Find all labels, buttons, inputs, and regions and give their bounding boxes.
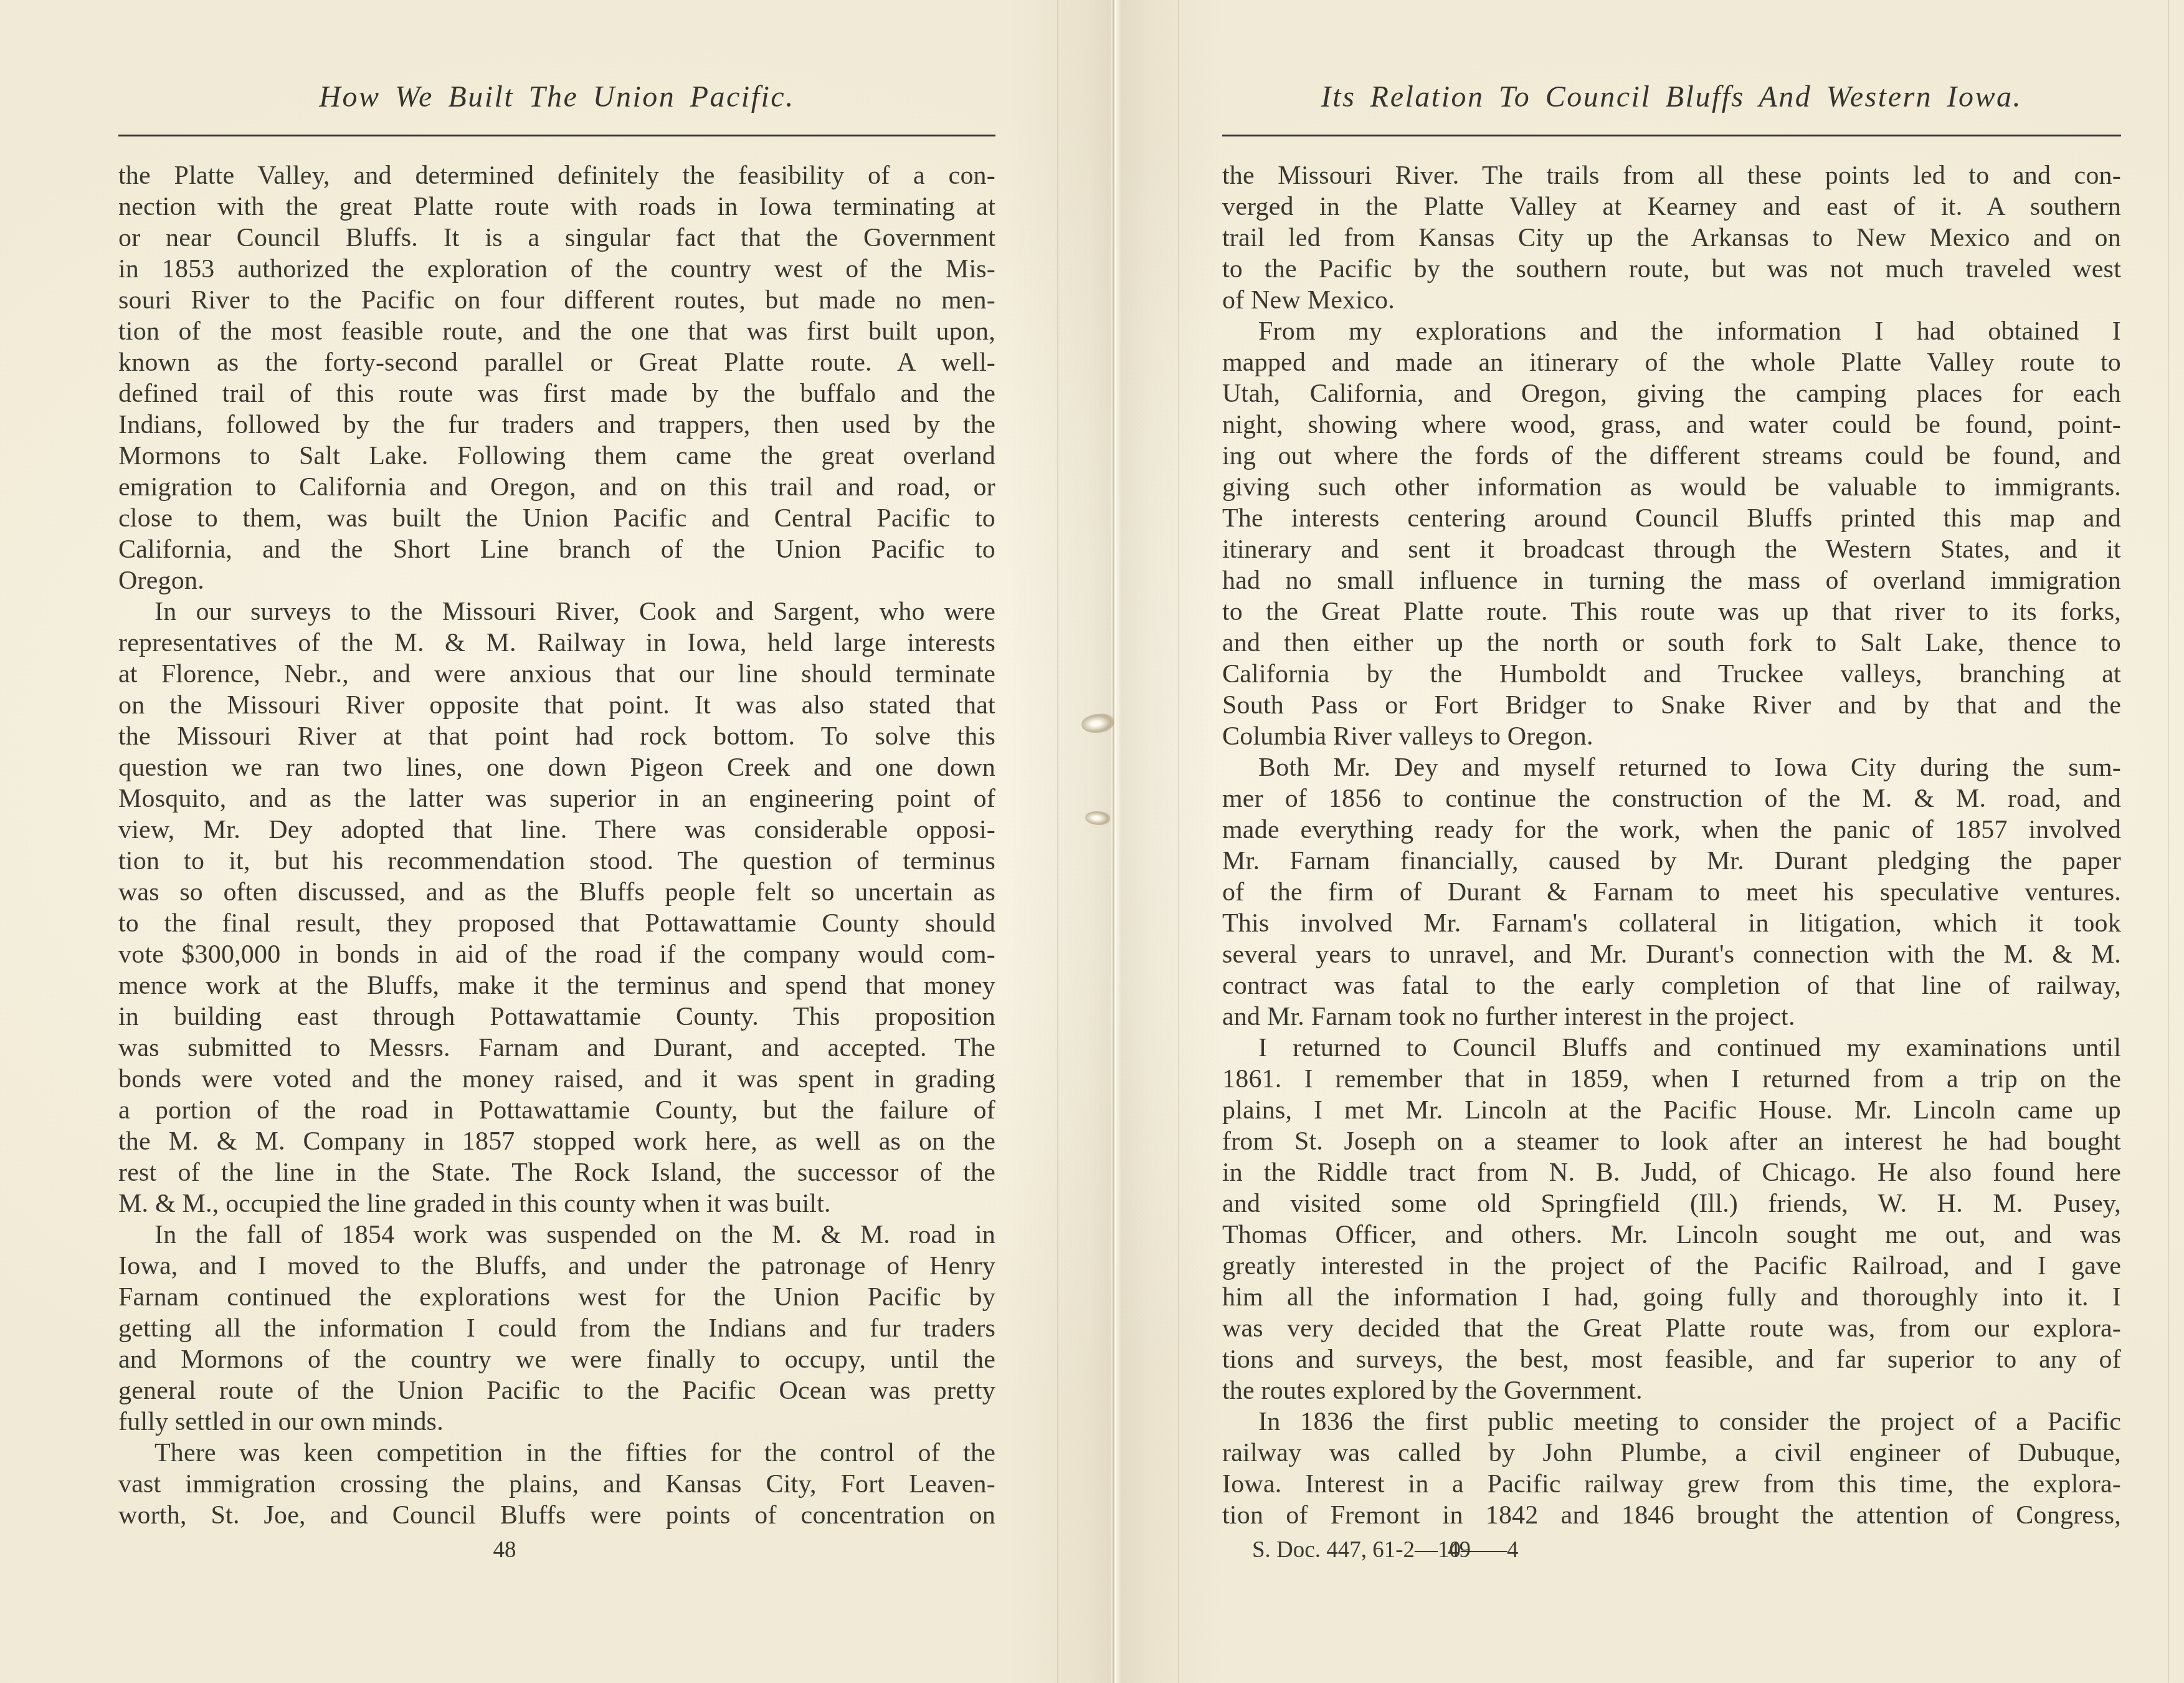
text-line: general route of the Union Pacific to th… [118,1375,995,1406]
text-line: known as the forty-second parallel or Gr… [118,347,995,378]
text-line: nection with the great Platte route with… [118,191,995,222]
text-line: emigration to California and Oregon, and… [118,472,995,503]
page-body: the Platte Valley, and determined defini… [118,160,995,1531]
text-line: Mr. Farnam financially, caused by Mr. Du… [1222,846,2121,877]
text-line: night, showing where wood, grass, and wa… [1222,409,2121,441]
paragraph: From my explorations and the information… [1222,316,2121,752]
text-line: or near Council Bluffs. It is a singular… [118,222,995,254]
text-line: From my explorations and the information… [1222,316,2121,347]
text-line: tion of the most feasible route, and the… [118,316,995,347]
text-line: question we ran two lines, one down Pige… [118,752,995,783]
book-spread: How We Built The Union Pacific. the Plat… [0,0,2184,1683]
paragraph: In the fall of 1854 work was suspended o… [118,1219,995,1437]
text-line: vast immigration crossing the plains, an… [118,1469,995,1500]
paragraph: the Missouri River. The trails from all … [1222,160,2121,316]
text-line: giving such other information as would b… [1222,472,2121,503]
text-line: in the Riddle tract from N. B. Judd, of … [1222,1157,2121,1188]
text-line: California by the Humboldt and Truckee v… [1222,659,2121,690]
paragraph: There was keen competition in the fiftie… [118,1437,995,1531]
text-line: verged in the Platte Valley at Kearney a… [1222,191,2121,222]
text-line: a portion of the road in Pottawattamie C… [118,1095,995,1126]
right-page: Its Relation To Council Bluffs And Weste… [1222,0,2121,1683]
text-line: was so often discussed, and as the Bluff… [118,877,995,908]
paragraph: In our surveys to the Missouri River, Co… [118,596,995,1219]
text-line: several years to unravel, and Mr. Durant… [1222,939,2121,970]
text-line: made everything ready for the work, when… [1222,814,2121,846]
page-edge-crease [2168,0,2169,1683]
text-line: to the Great Platte route. This route wa… [1222,596,2121,627]
text-line: close to them, was built the Union Pacif… [118,503,995,534]
text-line: This involved Mr. Farnam's collateral in… [1222,908,2121,939]
text-line: the Missouri River at that point had roc… [118,721,995,752]
text-line: defined trail of this route was first ma… [118,378,995,409]
running-head-left: How We Built The Union Pacific. [118,80,995,114]
text-line: at Florence, Nebr., and were anxious tha… [118,659,995,690]
text-line: from St. Joseph on a steamer to look aft… [1222,1126,2121,1157]
header-rule [1222,135,2121,136]
text-line: itinerary and sent it broadcast through … [1222,534,2121,565]
paragraph: I returned to Council Bluffs and continu… [1222,1032,2121,1406]
text-line: Iowa. Interest in a Pacific railway grew… [1222,1469,2121,1500]
text-line: Farnam continued the explorations west f… [118,1282,995,1313]
page-number: 49 [1448,1537,1471,1564]
text-line: South Pass or Fort Bridger to Snake Rive… [1222,690,2121,721]
text-line: on the Missouri River opposite that poin… [118,690,995,721]
gutter-crease-right [1178,0,1179,1683]
text-line: was submitted to Messrs. Farnam and Dura… [118,1032,995,1064]
text-line: I returned to Council Bluffs and continu… [1222,1032,2121,1064]
text-line: of New Mexico. [1222,285,2121,316]
text-line: in building east through Pottawattamie C… [118,1001,995,1032]
text-line: and Mormons of the country we were final… [118,1344,995,1375]
text-line: ing out where the fords of the different… [1222,441,2121,472]
text-line: and then either up the north or south fo… [1222,627,2121,659]
text-line: The interests centering around Council B… [1222,503,2121,534]
text-line: souri River to the Pacific on four diffe… [118,285,995,316]
text-line: plains, I met Mr. Lincoln at the Pacific… [1222,1095,2121,1126]
text-line: Columbia River valleys to Oregon. [1222,721,2121,752]
text-line: the Missouri River. The trails from all … [1222,160,2121,191]
text-line: M. & M., occupied the line graded in thi… [118,1188,995,1219]
text-line: the routes explored by the Government. [1222,1375,2121,1406]
text-line: the M. & M. Company in 1857 stopped work… [118,1126,995,1157]
text-line: There was keen competition in the fiftie… [118,1437,995,1469]
text-line: of the firm of Durant & Farnam to meet h… [1222,877,2121,908]
text-line: him all the information I had, going ful… [1222,1282,2121,1313]
text-line: Mormons to Salt Lake. Following them cam… [118,441,995,472]
left-page: How We Built The Union Pacific. the Plat… [118,0,995,1683]
gutter-crease-left [1057,0,1058,1683]
text-line: 1861. I remember that in 1859, when I re… [1222,1064,2121,1095]
document-number: S. Doc. 447, 61-2—10——4 [1252,1537,1519,1564]
text-line: getting all the information I could from… [118,1313,995,1344]
text-line: had no small influence in turning the ma… [1222,565,2121,596]
text-line: tion of Fremont in 1842 and 1846 brought… [1222,1500,2121,1531]
text-line: tion to it, but his recommendation stood… [118,846,995,877]
text-line: and Mr. Farnam took no further interest … [1222,1001,2121,1032]
text-line: in 1853 authorized the exploration of th… [118,254,995,285]
text-line: Iowa, and I moved to the Bluffs, and und… [118,1251,995,1282]
text-line: Both Mr. Dey and myself returned to Iowa… [1222,752,2121,783]
text-line: Utah, California, and Oregon, giving the… [1222,378,2121,409]
text-line: to the final result, they proposed that … [118,908,995,939]
text-line: California, and the Short Line branch of… [118,534,995,565]
paragraph: Both Mr. Dey and myself returned to Iowa… [1222,752,2121,1032]
text-line: Indians, followed by the fur traders and… [118,409,995,441]
text-line: mer of 1856 to continue the construction… [1222,783,2121,814]
text-line: was very decided that the Great Platte r… [1222,1313,2121,1344]
text-line: mapped and made an itinerary of the whol… [1222,347,2121,378]
text-line: tions and surveys, the best, most feasib… [1222,1344,2121,1375]
running-head-right: Its Relation To Council Bluffs And Weste… [1222,80,2121,114]
page-number: 48 [467,1537,542,1564]
text-line: to the Pacific by the southern route, bu… [1222,254,2121,285]
text-line: representatives of the M. & M. Railway i… [118,627,995,659]
gutter-shading [1008,0,1222,1683]
text-line: In our surveys to the Missouri River, Co… [118,596,995,627]
text-line: contract was fatal to the early completi… [1222,970,2121,1001]
text-line: view, Mr. Dey adopted that line. There w… [118,814,995,846]
text-line: worth, St. Joe, and Council Bluffs were … [118,1500,995,1531]
text-line: In the fall of 1854 work was suspended o… [118,1219,995,1251]
text-line: Thomas Officer, and others. Mr. Lincoln … [1222,1219,2121,1251]
text-line: Mosquito, and as the latter was superior… [118,783,995,814]
paragraph: In 1836 the first public meeting to cons… [1222,1406,2121,1531]
text-line: and visited some old Springfield (Ill.) … [1222,1188,2121,1219]
text-line: bonds were voted and the money raised, a… [118,1064,995,1095]
paragraph: the Platte Valley, and determined defini… [118,160,995,596]
text-line: greatly interested in the project of the… [1222,1251,2121,1282]
text-line: fully settled in our own minds. [118,1406,995,1437]
text-line: railway was called by John Plumbe, a civ… [1222,1437,2121,1469]
text-line: rest of the line in the State. The Rock … [118,1157,995,1188]
gutter-fold-line [1113,0,1114,1683]
text-line: vote $300,000 in bonds in aid of the roa… [118,939,995,970]
page-body: the Missouri River. The trails from all … [1222,160,2121,1531]
text-line: In 1836 the first public meeting to cons… [1222,1406,2121,1437]
text-line: mence work at the Bluffs, make it the te… [118,970,995,1001]
header-rule [118,135,995,136]
text-line: trail led from Kansas City up the Arkans… [1222,222,2121,254]
text-line: Oregon. [118,565,995,596]
text-line: the Platte Valley, and determined defini… [118,160,995,191]
